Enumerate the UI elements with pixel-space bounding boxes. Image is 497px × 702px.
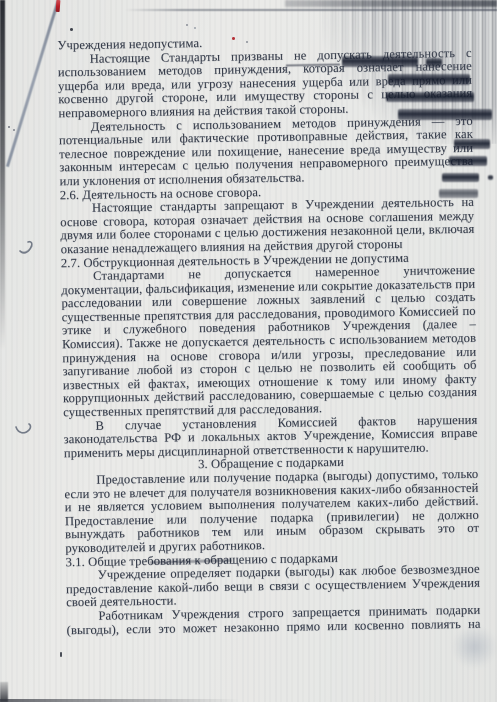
page-edge-shadow-line [125,9,497,11]
ink-speck [194,27,196,29]
paragraph: Настоящие Стандарты призваны не допускат… [58,46,473,120]
ink-speck [13,129,15,131]
pencil-squiggle [18,239,38,256]
ink-speck [186,24,188,26]
page-corner-shadow [0,682,8,702]
paragraph: Настоящие стандарты запрещают в Учрежден… [60,196,475,257]
diagonal-fold-line [6,0,61,167]
paragraph: Стандартами не допускается намеренное ун… [61,264,477,420]
scanned-document-page: Учреждения недопустима.Настоящие Стандар… [0,0,497,702]
page-edge-shadow [0,0,5,350]
smudged-text [488,175,493,180]
pencil-squiggle [14,419,36,438]
ink-speck [60,652,62,657]
faint-smudge [452,626,497,668]
paragraph: Деятельность с использованием методов пр… [59,114,474,188]
ink-speck [70,28,73,31]
paragraph: Предоставление или получение подарка (вы… [64,468,479,556]
paragraph: Работникам Учреждения строго запрещается… [66,604,480,638]
red-pen-mark [56,0,61,12]
ink-speck [8,126,10,128]
paragraph: В случае установления Комиссией фактов н… [63,413,478,460]
scan-band-top-edge [285,0,497,7]
text-block: Учреждения недопустима.Настоящие Стандар… [57,33,480,638]
